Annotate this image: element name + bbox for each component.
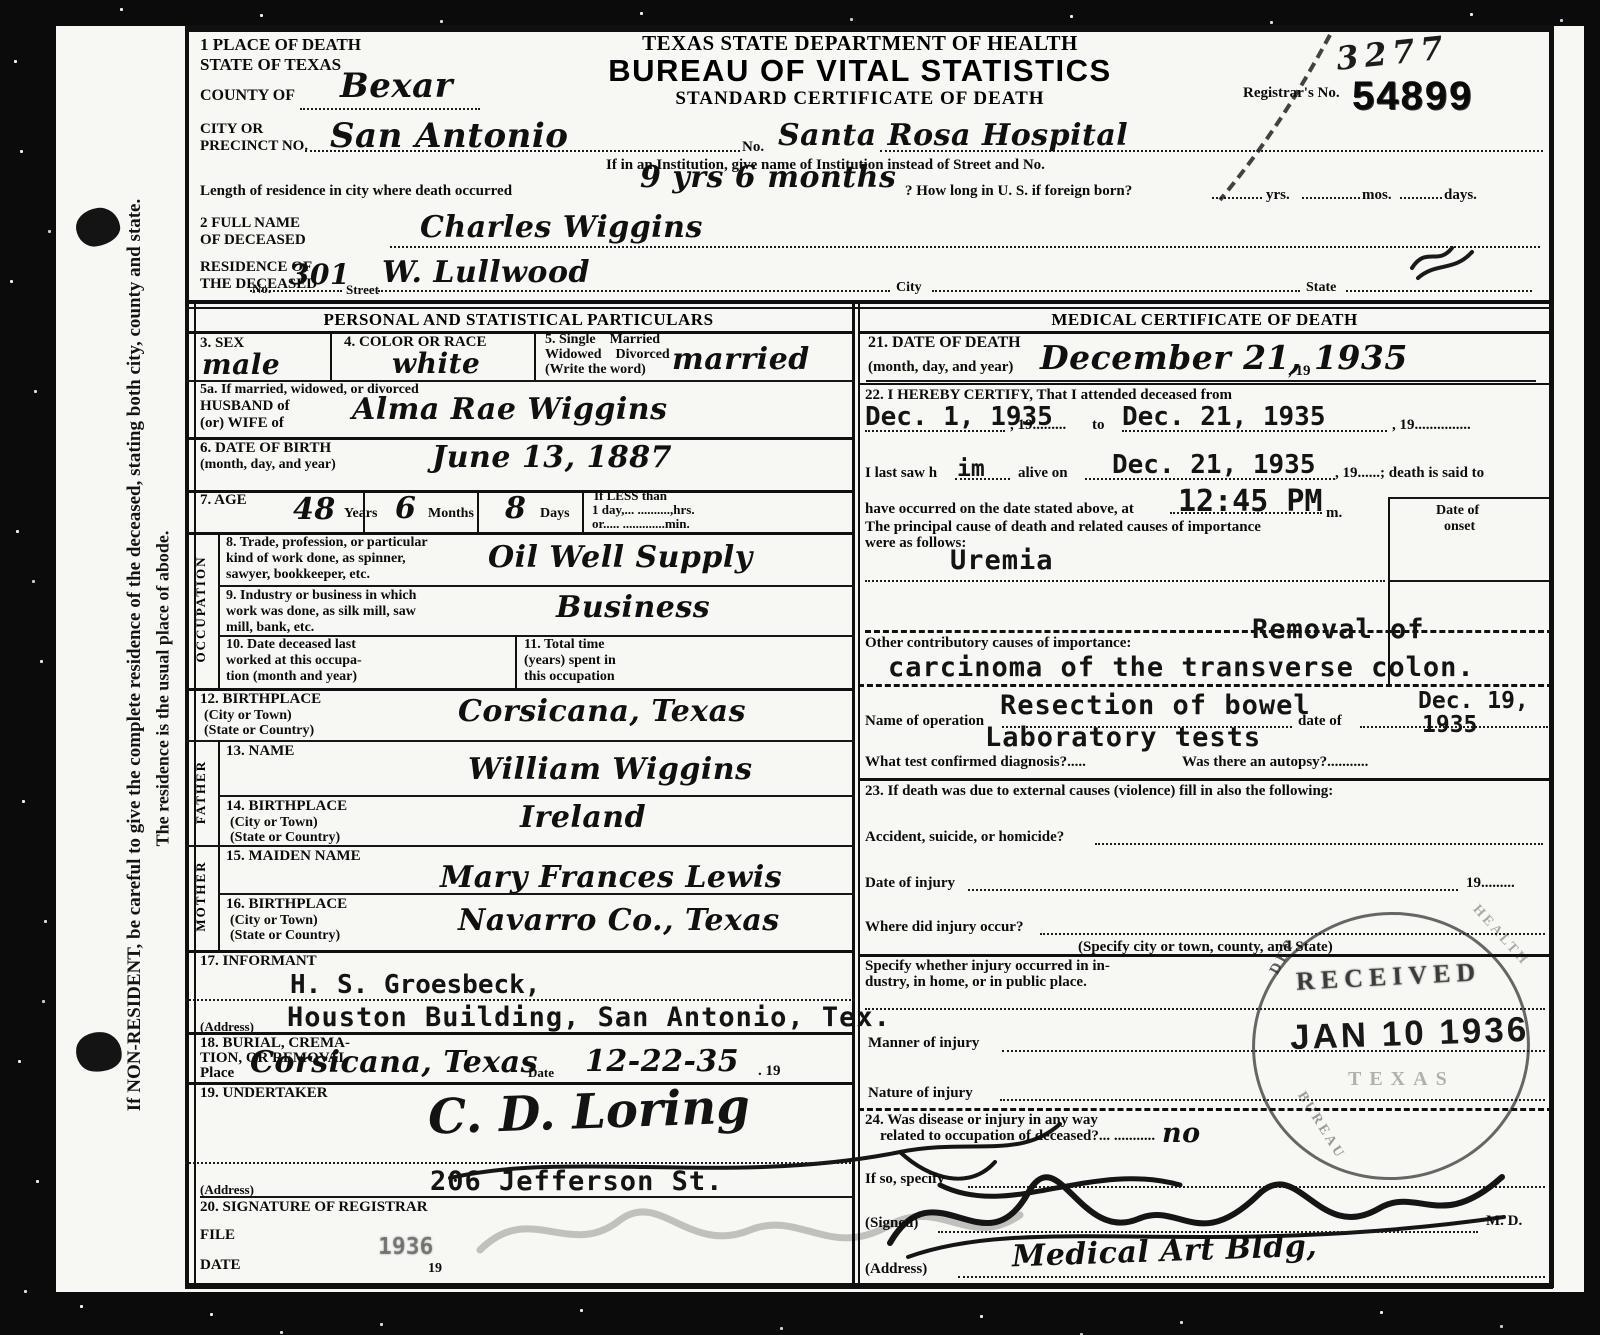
- contributory-label: Other contributory causes of importance:: [865, 636, 1131, 652]
- cell-divider: [477, 490, 479, 532]
- row-rule: [218, 893, 855, 895]
- father-bp-value: Ireland: [520, 800, 646, 835]
- file-date-faint-stamp: 1936: [378, 1234, 433, 1260]
- fill-dots: [1122, 430, 1387, 432]
- operation-date-value2: 1935: [1422, 712, 1477, 738]
- signed-label: (Signed): [865, 1216, 918, 1232]
- place-of-death-label: 1 PLACE OF DEATH: [200, 36, 361, 54]
- dob-label2: (month, day, and year): [200, 458, 336, 473]
- section-divider-rule: [185, 300, 1553, 304]
- cell-divider: [534, 332, 536, 380]
- industry-value: Business: [556, 590, 710, 625]
- residence-no-value: 301: [290, 258, 350, 291]
- row-rule: [185, 740, 855, 742]
- specify-label2: dustry, in home, or in public place.: [865, 975, 1087, 991]
- burial-19-label: . 19: [758, 1064, 781, 1080]
- informant-address-value: Houston Building, San Antonio, Tex.: [287, 1002, 891, 1033]
- burial-place-label: Place: [200, 1066, 234, 1082]
- attended-from-19: , 19.........: [1010, 418, 1066, 434]
- attended-to-19: , 19...............: [1392, 418, 1471, 434]
- dod-label1: 21. DATE OF DEATH: [868, 335, 1021, 352]
- lastsaw-value: Dec. 21, 1935: [1112, 450, 1316, 480]
- cause-label1: The principal cause of death and related…: [865, 520, 1261, 536]
- operation-value: Resection of bowel: [1000, 690, 1311, 721]
- age-less-label1: If LESS than: [594, 489, 667, 503]
- lastsaw-label1: I last saw h: [865, 466, 937, 482]
- scan-border-bottom: [0, 1292, 1600, 1335]
- fill-dots: [1360, 726, 1548, 728]
- operation-label: Name of operation: [865, 714, 984, 730]
- attended-to-label: to: [1092, 418, 1105, 434]
- yrs-fill: [1212, 197, 1262, 199]
- state-field-label: State: [1306, 281, 1336, 296]
- occurred-label: have occurred on the date stated above, …: [865, 502, 1134, 518]
- father-name-value: William Wiggins: [468, 752, 753, 787]
- birthplace-label3: (State or Country): [204, 724, 314, 739]
- father-bp-label1: 14. BIRTHPLACE: [226, 799, 347, 815]
- row-dot-rule: [185, 1162, 855, 1164]
- yrs-label: yrs.: [1266, 188, 1290, 204]
- row-rule: [858, 778, 1553, 781]
- right-section-title: MEDICAL CERTIFICATE OF DEATH: [858, 310, 1551, 330]
- age-months-value: 6: [395, 491, 416, 526]
- state-of-texas-label: STATE OF TEXAS: [200, 56, 341, 74]
- cause-dot-rule: [865, 580, 1385, 582]
- undertaker-label: 19. UNDERTAKER: [200, 1086, 328, 1102]
- left-section-title: PERSONAL AND STATISTICAL PARTICULARS: [185, 310, 852, 330]
- race-value: white: [392, 347, 480, 380]
- spouse-value: Alma Rae Wiggins: [352, 392, 668, 427]
- mother-bp-label1: 16. BIRTHPLACE: [226, 897, 347, 913]
- industry-label2: work was done, as silk mill, saw: [226, 605, 416, 620]
- days-label: days.: [1444, 188, 1477, 204]
- length-residence-value: 9 yrs 6 months: [640, 160, 896, 195]
- birthplace-value: Corsicana, Texas: [458, 694, 746, 729]
- accident-label: Accident, suicide, or homicide?: [865, 830, 1064, 846]
- scan-border-top: [0, 0, 1600, 26]
- state-field-fill: [1346, 290, 1532, 292]
- contributory-value1: Removal of: [1252, 614, 1425, 645]
- lastsaw-tail: , 19......; death is said to: [1335, 466, 1484, 482]
- operation-dateof-label: date of: [1298, 714, 1342, 730]
- trade-label1: 8. Trade, profession, or particular: [226, 536, 428, 551]
- lastwork-label1: 10. Date deceased last: [226, 638, 356, 653]
- operation-date-value1: Dec. 19,: [1418, 688, 1529, 714]
- fill-dots: [865, 430, 1005, 432]
- length-tail-label: ? How long in U. S. if foreign born?: [905, 184, 1132, 200]
- days-fill: [1400, 197, 1442, 199]
- institution-no-label: No.: [742, 140, 764, 156]
- county-fill-line: [300, 108, 480, 110]
- age-less-label3: or..... .............min.: [592, 517, 690, 531]
- lastwork-label3: tion (month and year): [226, 670, 357, 685]
- fullname-label1: 2 FULL NAME: [200, 216, 300, 232]
- received-stamp-state: TEXAS: [1348, 1068, 1455, 1091]
- totaltime-label2: (years) spent in: [524, 654, 616, 669]
- external-causes-label: 23. If death was due to external causes …: [865, 784, 1333, 800]
- lastwork-label2: worked at this occupa-: [226, 654, 362, 669]
- attended-to-value: Dec. 21, 1935: [1122, 402, 1326, 432]
- marital-value: married: [672, 342, 810, 377]
- dob-label1: 6. DATE OF BIRTH: [200, 441, 331, 457]
- cell-divider: [363, 490, 365, 532]
- nature-injury-label: Nature of injury: [868, 1086, 973, 1102]
- injury-date-label: Date of injury: [865, 876, 955, 892]
- registrar-no-stamp: 54899: [1352, 74, 1473, 119]
- margin-note-line1: If NON-RESIDENT, be careful to give the …: [124, 75, 146, 1235]
- state-handwritten-mark: [1408, 238, 1478, 286]
- scan-border-left: [0, 0, 56, 1335]
- punch-hole-bottom: [74, 1030, 124, 1075]
- city-field-label: City: [896, 281, 922, 296]
- mother-bp-label2: (City or Town): [230, 914, 318, 929]
- certificate-title: STANDARD CERTIFICATE OF DEATH: [560, 88, 1160, 110]
- onset-box-line: [1388, 580, 1549, 582]
- street-value: W. Lullwood: [382, 255, 590, 290]
- scan-noise-left: [14, 60, 17, 63]
- sex-value: male: [202, 348, 280, 381]
- residence-no-label: No.: [252, 282, 271, 296]
- onset-label1: Date of: [1436, 504, 1479, 519]
- fill-dots: [1170, 512, 1322, 514]
- age-days-label: Days: [540, 507, 570, 522]
- onset-box-top: [1388, 497, 1549, 499]
- trade-value: Oil Well Supply: [488, 540, 753, 575]
- row-rule: [185, 845, 855, 847]
- city-field-fill: [932, 290, 1300, 292]
- dob-value: June 13, 1887: [432, 440, 672, 475]
- birthplace-label2: (City or Town): [204, 709, 292, 724]
- fullname-label2: OF DECEASED: [200, 233, 306, 249]
- where-injury-label: Where did injury occur?: [865, 920, 1023, 936]
- age-label: 7. AGE: [200, 493, 247, 509]
- scan-border-right: [1584, 0, 1600, 1335]
- form-border-right: [1549, 25, 1554, 1288]
- undertaker-address-label: (Address): [200, 1183, 254, 1197]
- county-of-label: COUNTY OF: [200, 88, 295, 105]
- cell-divider: [582, 490, 584, 532]
- city-or-label: CITY OR: [200, 122, 263, 138]
- marital-label3: (Write the word): [545, 363, 646, 378]
- industry-label1: 9. Industry or business in which: [226, 589, 416, 604]
- trade-label3: sawyer, bookkeeper, etc.: [226, 568, 370, 583]
- file-label: FILE: [200, 1228, 235, 1244]
- row-rule: [218, 585, 855, 587]
- bureau-title: BUREAU OF VITAL STATISTICS: [510, 53, 1210, 89]
- row-dot-rule: [185, 999, 855, 1001]
- marital-label1: 5. Single Married: [545, 333, 660, 348]
- death-certificate-scan: If NON-RESIDENT, be careful to give the …: [0, 0, 1600, 1335]
- street-fill: [378, 290, 890, 292]
- burial-place-value: Corsicana, Texas: [250, 1045, 538, 1080]
- marital-label2: Widowed Divorced: [545, 348, 670, 363]
- institution-value: Santa Rosa Hospital: [778, 118, 1128, 153]
- fill-dots: [968, 889, 1458, 891]
- dod-19-label: , 19: [1288, 364, 1311, 380]
- group-divider: [218, 532, 220, 688]
- cell-divider: [330, 332, 332, 380]
- section-divider-rule2: [185, 307, 1553, 309]
- contrib-rule: [865, 630, 1553, 633]
- mother-bp-value: Navarro Co., Texas: [458, 903, 780, 938]
- age-years-label: Years: [344, 507, 377, 522]
- onset-label2: onset: [1444, 520, 1475, 535]
- cell-divider: [515, 635, 517, 688]
- father-bp-label3: (State or Country): [230, 831, 340, 846]
- burial-date-value: 12-22-35: [585, 1044, 739, 1079]
- received-stamp-date: JAN 10 1936: [1289, 1010, 1530, 1058]
- dod-label2: (month, day, and year): [868, 360, 1013, 376]
- date-19-label: 19: [428, 1262, 442, 1277]
- md-label: M. D.: [1486, 1214, 1522, 1230]
- registrar-signature-label: 20. SIGNATURE OF REGISTRAR: [200, 1200, 428, 1216]
- dod-rule: [866, 380, 1536, 382]
- occurred-m-label: m.: [1326, 506, 1342, 522]
- test-confirmed-label: What test confirmed diagnosis?.....: [865, 755, 1086, 771]
- mother-side-label: MOTHER: [193, 821, 209, 971]
- lastsaw-label2: alive on: [1018, 466, 1068, 482]
- physician-address-label: (Address): [865, 1262, 927, 1278]
- fullname-value: Charles Wiggins: [420, 210, 703, 245]
- autopsy-label: Was there an autopsy?...........: [1182, 755, 1368, 771]
- father-name-label: 13. NAME: [226, 744, 294, 760]
- mos-label: mos.: [1362, 188, 1392, 204]
- date-label: DATE: [200, 1258, 241, 1274]
- street-label: Street: [346, 283, 379, 297]
- county-value: Bexar: [340, 66, 453, 106]
- fill-dots: [955, 478, 1010, 480]
- totaltime-label3: this occupation: [524, 670, 615, 685]
- mother-name-value: Mary Frances Lewis: [440, 860, 782, 895]
- age-less-label2: 1 day,... ..........,hrs.: [592, 503, 695, 517]
- manner-injury-label: Manner of injury: [868, 1036, 979, 1052]
- fill-dots: [1095, 843, 1543, 845]
- form-border-left: [185, 25, 189, 1288]
- scan-noise-top: [120, 8, 123, 11]
- mother-name-label: 15. MAIDEN NAME: [226, 849, 361, 865]
- cause-of-death-value: Uremia: [950, 545, 1054, 576]
- scan-noise-bottom: [80, 1305, 83, 1308]
- residence-no-fill: [250, 290, 342, 292]
- mos-fill: [1302, 197, 1360, 199]
- fill-dots: [958, 1276, 1545, 1278]
- fullname-fill-line: [390, 246, 1540, 248]
- margin-note-line2: The residence is the usual place of abod…: [153, 404, 174, 974]
- lab-tests-value: Laboratory tests: [985, 722, 1261, 753]
- burial-date-label: Date: [528, 1066, 554, 1080]
- spouse-label3: (or) WIFE of: [200, 416, 284, 432]
- form-border-bottom: [185, 1283, 1553, 1289]
- age-months-label: Months: [428, 507, 474, 522]
- totaltime-label1: 11. Total time: [524, 638, 605, 653]
- dod-value: December 21, 1935: [1040, 338, 1408, 377]
- contributory-value2: carcinoma of the transverse colon.: [888, 652, 1475, 683]
- injury-date-19: 19.........: [1466, 876, 1515, 892]
- informant-value: H. S. Groesbeck,: [290, 970, 540, 1000]
- row-rule: [858, 383, 1553, 385]
- row-rule: [218, 795, 855, 797]
- age-years-value: 48: [293, 492, 336, 527]
- father-bp-label2: (City or Town): [230, 816, 318, 831]
- birthplace-label1: 12. BIRTHPLACE: [200, 692, 321, 708]
- left-title-rule: [185, 331, 852, 334]
- city-value: San Antonio: [330, 116, 568, 156]
- precinct-no-label: PRECINCT NO.: [200, 139, 308, 155]
- age-days-value: 8: [505, 491, 526, 526]
- industry-label3: mill, bank, etc.: [226, 621, 314, 636]
- trade-label2: kind of work done, as spinner,: [226, 552, 406, 567]
- spouse-label2: HUSBAND of: [200, 399, 290, 415]
- mother-bp-label3: (State or Country): [230, 929, 340, 944]
- occupation-side-label: OCCUPATION: [193, 534, 209, 684]
- length-residence-label: Length of residence in city where death …: [200, 184, 512, 200]
- punch-hole-top: [74, 205, 123, 249]
- informant-label: 17. INFORMANT: [200, 954, 317, 970]
- specify-label1: Specify whether injury occurred in in-: [865, 959, 1110, 975]
- row-rule-heavy: [858, 684, 1553, 687]
